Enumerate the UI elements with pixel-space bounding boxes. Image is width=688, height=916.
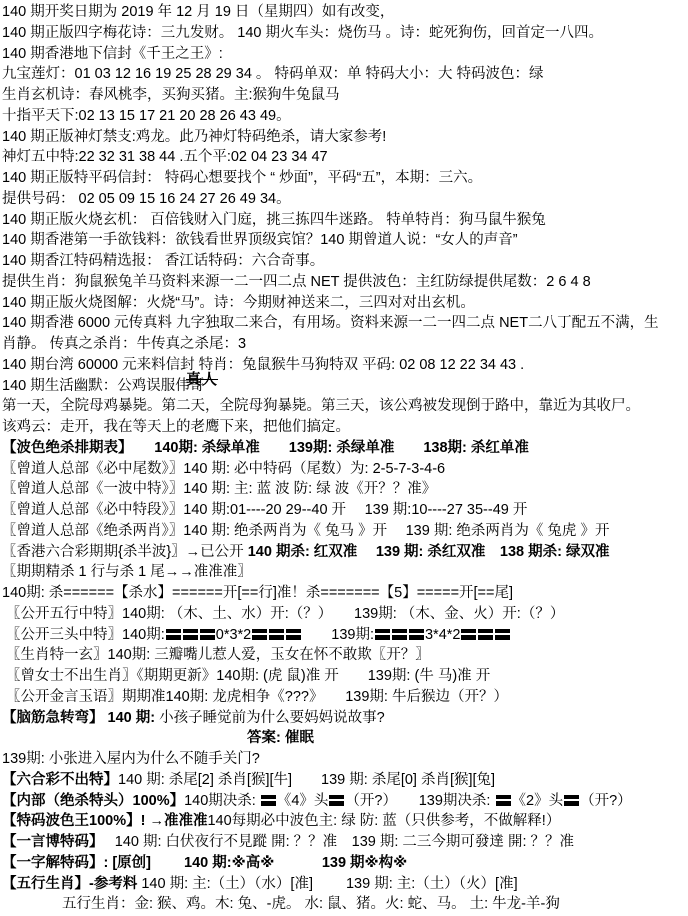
text-line: 140 期香港地下信封《千王之王》:	[2, 44, 686, 65]
text-line: 【一字解特码】: [原创] 140 期:※高※ 139 期※构※	[2, 853, 686, 874]
censor-block-icon	[183, 629, 198, 640]
text-line: 140 期正版火烧图解：火烧“马”。诗：今期财神送来二，三四对对出玄机。	[2, 293, 686, 314]
text-line: 【六合彩不出特】140 期: 杀尾[2] 杀肖[猴][牛] 139 期: 杀尾[…	[2, 770, 686, 791]
text-line: 140 期台湾 60000 元来料信封 特肖：兔鼠猴牛马狗特双 平码: 02 0…	[2, 355, 686, 376]
text-segment: 140期: 杀======【杀水】======开[==行]准！杀=======【…	[2, 585, 513, 601]
text-line: 〖曾道人总部《必中特段》〗140 期:01----20 29--40 开 139…	[2, 500, 686, 521]
text-segment: 【波色绝杀排期表】 140期: 杀绿单准 139期: 杀绿单准 138期: 杀红…	[2, 440, 529, 456]
text-segment: 0*3*2	[216, 627, 251, 643]
text-segment: 《2》头	[512, 793, 564, 809]
text-segment: 3*4*2	[425, 627, 460, 643]
text-line: 140 期生活幽默：公鸡误服伟哥	[2, 376, 686, 397]
text-segment: 〖曾女士不出生肖〗《期期更新》140期: (虎 鼠)准 开 139期: (牛 马…	[2, 668, 490, 684]
text-segment: 【特码波色王100%】! →准准准	[2, 813, 207, 829]
text-segment: 140 期正版特平码信封： 特码心想要找个 “ 炒面”，平码“五”，本期：三六。	[2, 170, 482, 186]
text-segment: 139期: 小张进入屋内为什么不随手关门?	[2, 751, 260, 767]
censor-block-icon	[261, 795, 276, 806]
text-line: 〖公开五行中特〗140期: （木、土、水）开:（？） 139期: （木、金、火）…	[2, 604, 686, 625]
censor-block-icon	[269, 629, 284, 640]
text-segment: 【一字解特码】: [原创] 140 期:※高※ 139 期※构※	[2, 855, 407, 871]
text-line: 【脑筋急转弯】 140 期: 小孩子睡觉前为什么要妈妈说故事?	[2, 708, 686, 729]
text-line: 140期: 杀======【杀水】======开[==行]准！杀=======【…	[2, 583, 686, 604]
text-segment: 140 期: 杀尾[2] 杀肖[猴][牛] 139 期: 杀尾[0] 杀肖[猴]…	[118, 772, 495, 788]
censor-block-icon	[564, 795, 579, 806]
text-line: 140 期正版神灯禁支:鸡龙。此乃神灯特码绝杀，请大家参考!	[2, 127, 686, 148]
text-segment: （开?） 139期决杀:	[345, 793, 494, 809]
text-line: 神灯五中特:22 32 31 38 44 .五个平:02 04 23 34 47	[2, 147, 686, 168]
text-segment: 〖生肖特一玄〗140期: 三瓣嘴儿惹人爱，玉女在怀不敢欺〖开？〗	[2, 647, 430, 663]
text-segment: 139期:	[302, 627, 374, 643]
text-segment: 140 期生活幽默：公鸡误服伟哥	[2, 378, 204, 394]
text-segment: 140 期台湾 60000 元来料信封 特肖：兔鼠猴牛马狗特双 平码: 02 0…	[2, 357, 524, 373]
censor-block-icon	[392, 629, 407, 640]
text-line: 140 期开奖日期为 2019 年 12 月 19 日（星期四）如有改变，	[2, 2, 686, 23]
text-segment: 《4》头	[277, 793, 329, 809]
text-segment: 提供生肖：狗鼠猴兔羊马资料来源一二一四二点 NET 提供波色：主红防绿提供尾数：…	[2, 274, 591, 290]
text-line: 139期: 小张进入屋内为什么不随手关门?	[2, 749, 686, 770]
text-segment: 140 期正版四字梅花诗：三九发财。 140 期火车头：烧伤马 。诗：蛇死狗伤，…	[2, 25, 603, 41]
text-line: 〖曾道人总部《必中尾数》〗140 期: 必中特码（尾数）为: 2-5-7-3-4…	[2, 459, 686, 480]
text-line: 【特码波色王100%】! →准准准140每期必中波色主: 绿 防: 蓝（只供参考…	[2, 811, 686, 832]
text-segment: 〖曾道人总部《绝杀两肖》〗140 期: 绝杀两肖为《 兔马 》开 139 期: …	[2, 523, 609, 539]
censor-block-icon	[286, 629, 301, 640]
text-segment: 140 期正版火烧玄机： 百倍钱财入门庭，挑三拣四牛迷路。 特单特肖：狗马鼠牛猴…	[2, 212, 546, 228]
text-line: 〖公开金言玉语〗期期准140期: 龙虎相争《???》 139期: 牛后猴边（开？…	[2, 687, 686, 708]
text-line: 【内部（绝杀特头）100%】140期决杀: 《4》头（开?） 139期决杀: 《…	[2, 791, 686, 812]
text-segment: 【脑筋急转弯】 140 期:	[2, 710, 159, 726]
text-segment: 140 期: 主:（土）（水）[准] 139 期: 主:（土）（火）[准]	[137, 876, 517, 892]
text-segment: 肖静。 传真之杀肖：牛传真之杀尾：3	[2, 336, 246, 352]
censor-block-icon	[252, 629, 267, 640]
text-line: 提供号码： 02 05 09 15 16 24 27 26 49 34。	[2, 189, 686, 210]
text-line: 140 期香港 6000 元传真料 九字独取二来合，有用场。资料来源一二一四二点…	[2, 313, 686, 334]
censor-block-icon	[375, 629, 390, 640]
text-line: 十指平天下:02 13 15 17 21 20 28 26 43 49。	[2, 106, 686, 127]
text-line: 140 期香港第一手欲钱料：欲钱看世界顶级宾馆？140 期曾道人说：“女人的声音…	[2, 230, 686, 251]
text-segment: 十指平天下:02 13 15 17 21 20 28 26 43 49。	[2, 108, 291, 124]
text-segment: 小孩子睡觉前为什么要妈妈说故事?	[159, 710, 385, 726]
text-segment: 该鸡云：走开，我在等天上的老鹰下来，把他们搞定。	[2, 419, 350, 435]
text-segment: 140 期香港第一手欲钱料：欲钱看世界顶级宾馆？140 期曾道人说：“女人的声音…	[2, 232, 518, 248]
text-segment: 140期决杀:	[184, 793, 260, 809]
text-segment: 140 期杀: 红双准 139 期: 杀红双准 138 期杀: 绿双准	[248, 544, 610, 560]
text-line: 140 期正版四字梅花诗：三九发财。 140 期火车头：烧伤马 。诗：蛇死狗伤，…	[2, 23, 686, 44]
text-segment: 〖曾道人总部《必中尾数》〗140 期: 必中特码（尾数）为: 2-5-7-3-4…	[2, 461, 445, 477]
text-segment: 【一言博特码】	[2, 834, 96, 850]
text-segment: 140 期正版神灯禁支:鸡龙。此乃神灯特码绝杀，请大家参考!	[2, 129, 386, 145]
text-segment: 〖公开三头中特〗140期:	[2, 627, 165, 643]
text-segment: 答案: 催眠	[247, 730, 314, 746]
text-segment: 140每期必中波色主: 绿 防: 蓝（只供参考，不做解释!）	[207, 813, 560, 829]
censor-block-icon	[166, 629, 181, 640]
text-line: 肖静。 传真之杀肖：牛传真之杀尾：3	[2, 334, 686, 355]
censor-block-icon	[496, 795, 511, 806]
text-line: 〖生肖特一玄〗140期: 三瓣嘴儿惹人爱，玉女在怀不敢欺〖开？〗	[2, 645, 686, 666]
text-line: 〖香港六合彩期期{杀半波}〗→已公开 140 期杀: 红双准 139 期: 杀红…	[2, 542, 686, 563]
text-segment: 九宝莲灯：01 03 12 16 19 25 28 29 34 。 特码单双：单…	[2, 66, 544, 82]
text-line: 〖公开三头中特〗140期:0*3*2 139期:3*4*2	[2, 625, 686, 646]
text-line: 〖期期精杀 1 行与杀 1 尾→→准准准〗	[2, 562, 686, 583]
text-segment: 〖期期精杀 1 行与杀 1 尾→→准准准〗	[2, 564, 252, 580]
text-line: 答案: 催眠	[2, 728, 686, 749]
text-line: 第一天，全院母鸡暴毙。第二天，全院母狗暴毙。第三天，该公鸡被发现倒于路中，靠近为…	[2, 396, 686, 417]
text-line: 〖曾道人总部《一波中特》〗140 期: 主: 蓝 波 防: 绿 波《开？？准》	[2, 479, 686, 500]
text-segment: 140 期香港地下信封《千王之王》:	[2, 46, 223, 62]
text-segment: 【内部（绝杀特头）100%】	[2, 793, 184, 809]
text-line: 〖曾女士不出生肖〗《期期更新》140期: (虎 鼠)准 开 139期: (牛 马…	[2, 666, 686, 687]
text-segment: 140 期: 白伏夜行不見蹤 開: ？？准 139 期: 二三今期可發達 開: …	[96, 834, 574, 850]
overlay-text: 真人	[186, 368, 218, 389]
censor-block-icon	[478, 629, 493, 640]
text-segment: 140 期香江特码精选报： 香江话特码：六合奇事。	[2, 253, 324, 269]
text-segment: （开?）	[580, 793, 632, 809]
text-line: 该鸡云：走开，我在等天上的老鹰下来，把他们搞定。	[2, 417, 686, 438]
text-segment: 第一天，全院母鸡暴毙。第二天，全院母狗暴毙。第三天，该公鸡被发现倒于路中，靠近为…	[2, 398, 640, 414]
text-line: 五行生肖：金: 猴、鸡。木: 兔、-虎。 水: 鼠、猪。火: 蛇、马。 土: 牛…	[2, 894, 686, 915]
text-line: 140 期正版火烧玄机： 百倍钱财入门庭，挑三拣四牛迷路。 特单特肖：狗马鼠牛猴…	[2, 210, 686, 231]
text-segment: 140 期正版火烧图解：火烧“马”。诗：今期财神送来二，三四对对出玄机。	[2, 295, 475, 311]
text-segment: 〖香港六合彩期期{杀半波}〗→已公开	[2, 544, 248, 560]
censor-block-icon	[409, 629, 424, 640]
text-line: 【一言博特码】 140 期: 白伏夜行不見蹤 開: ？？准 139 期: 二三今…	[2, 832, 686, 853]
text-line: 〖曾道人总部《绝杀两肖》〗140 期: 绝杀两肖为《 兔马 》开 139 期: …	[2, 521, 686, 542]
censor-block-icon	[495, 629, 510, 640]
text-segment: 【五行生肖】-参考料	[2, 876, 137, 892]
text-line: 【波色绝杀排期表】 140期: 杀绿单准 139期: 杀绿单准 138期: 杀红…	[2, 438, 686, 459]
text-segment: 【六合彩不出特】	[2, 772, 118, 788]
text-segment: 〖公开金言玉语〗期期准140期: 龙虎相争《???》 139期: 牛后猴边（开？…	[2, 689, 508, 705]
text-line: 提供生肖：狗鼠猴兔羊马资料来源一二一四二点 NET 提供波色：主红防绿提供尾数：…	[2, 272, 686, 293]
text-line: 生肖玄机诗：春风桃李，买狗买猪。主:猴狗牛兔鼠马	[2, 85, 686, 106]
text-segment: 生肖玄机诗：春风桃李，买狗买猪。主:猴狗牛兔鼠马	[2, 87, 340, 103]
censor-block-icon	[329, 795, 344, 806]
text-segment: 提供号码： 02 05 09 15 16 24 27 26 49 34。	[2, 191, 291, 207]
censor-block-icon	[461, 629, 476, 640]
lottery-tips-document: 140 期开奖日期为 2019 年 12 月 19 日（星期四）如有改变，140…	[2, 2, 686, 915]
text-line: 140 期香江特码精选报： 香江话特码：六合奇事。	[2, 251, 686, 272]
text-segment: 140 期香港 6000 元传真料 九字独取二来合，有用场。资料来源一二一四二点…	[2, 315, 659, 331]
text-line: 九宝莲灯：01 03 12 16 19 25 28 29 34 。 特码单双：单…	[2, 64, 686, 85]
text-segment: 〖曾道人总部《一波中特》〗140 期: 主: 蓝 波 防: 绿 波《开？？准》	[2, 481, 436, 497]
text-line: 140 期正版特平码信封： 特码心想要找个 “ 炒面”，平码“五”，本期：三六。	[2, 168, 686, 189]
text-segment: 140 期开奖日期为 2019 年 12 月 19 日（星期四）如有改变，	[2, 4, 394, 20]
text-line: 【五行生肖】-参考料 140 期: 主:（土）（水）[准] 139 期: 主:（…	[2, 874, 686, 895]
text-segment: 〖曾道人总部《必中特段》〗140 期:01----20 29--40 开 139…	[2, 502, 527, 518]
text-segment: 五行生肖：金: 猴、鸡。木: 兔、-虎。 水: 鼠、猪。火: 蛇、马。 土: 牛…	[62, 896, 560, 912]
censor-block-icon	[200, 629, 215, 640]
text-segment: 〖公开五行中特〗140期: （木、土、水）开:（？） 139期: （木、金、火）…	[2, 606, 564, 622]
text-segment: 神灯五中特:22 32 31 38 44 .五个平:02 04 23 34 47	[2, 149, 328, 165]
